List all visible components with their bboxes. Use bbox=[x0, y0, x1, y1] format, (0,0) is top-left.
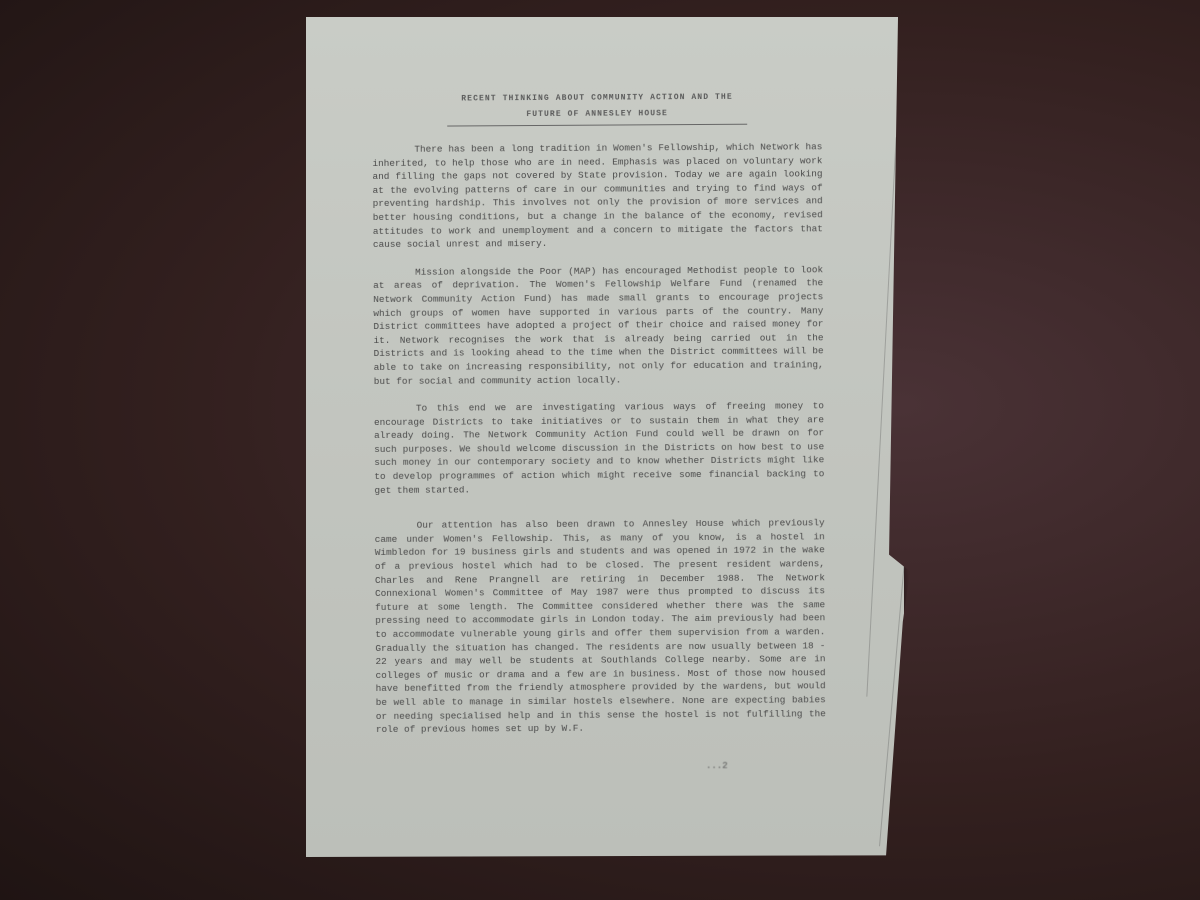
document-body: RECENT THINKING ABOUT COMMUNITY ACTION A… bbox=[372, 89, 826, 750]
paper-crease bbox=[866, 137, 896, 696]
paragraph-annesley-house: Our attention has also been drawn to Ann… bbox=[375, 516, 826, 736]
title-underline bbox=[447, 124, 747, 127]
title-line-2: FUTURE OF ANNESLEY HOUSE bbox=[372, 105, 822, 124]
paper-crease bbox=[879, 458, 914, 847]
paragraph-funding: To this end we are investigating various… bbox=[374, 399, 825, 497]
page-continuation-marker: ...2 bbox=[706, 761, 728, 771]
document-title: RECENT THINKING ABOUT COMMUNITY ACTION A… bbox=[372, 89, 822, 124]
paragraph-mission: Mission alongside the Poor (MAP) has enc… bbox=[373, 263, 824, 388]
title-line-1: RECENT THINKING ABOUT COMMUNITY ACTION A… bbox=[461, 93, 732, 104]
paragraph-tradition: There has been a long tradition in Women… bbox=[372, 140, 823, 251]
